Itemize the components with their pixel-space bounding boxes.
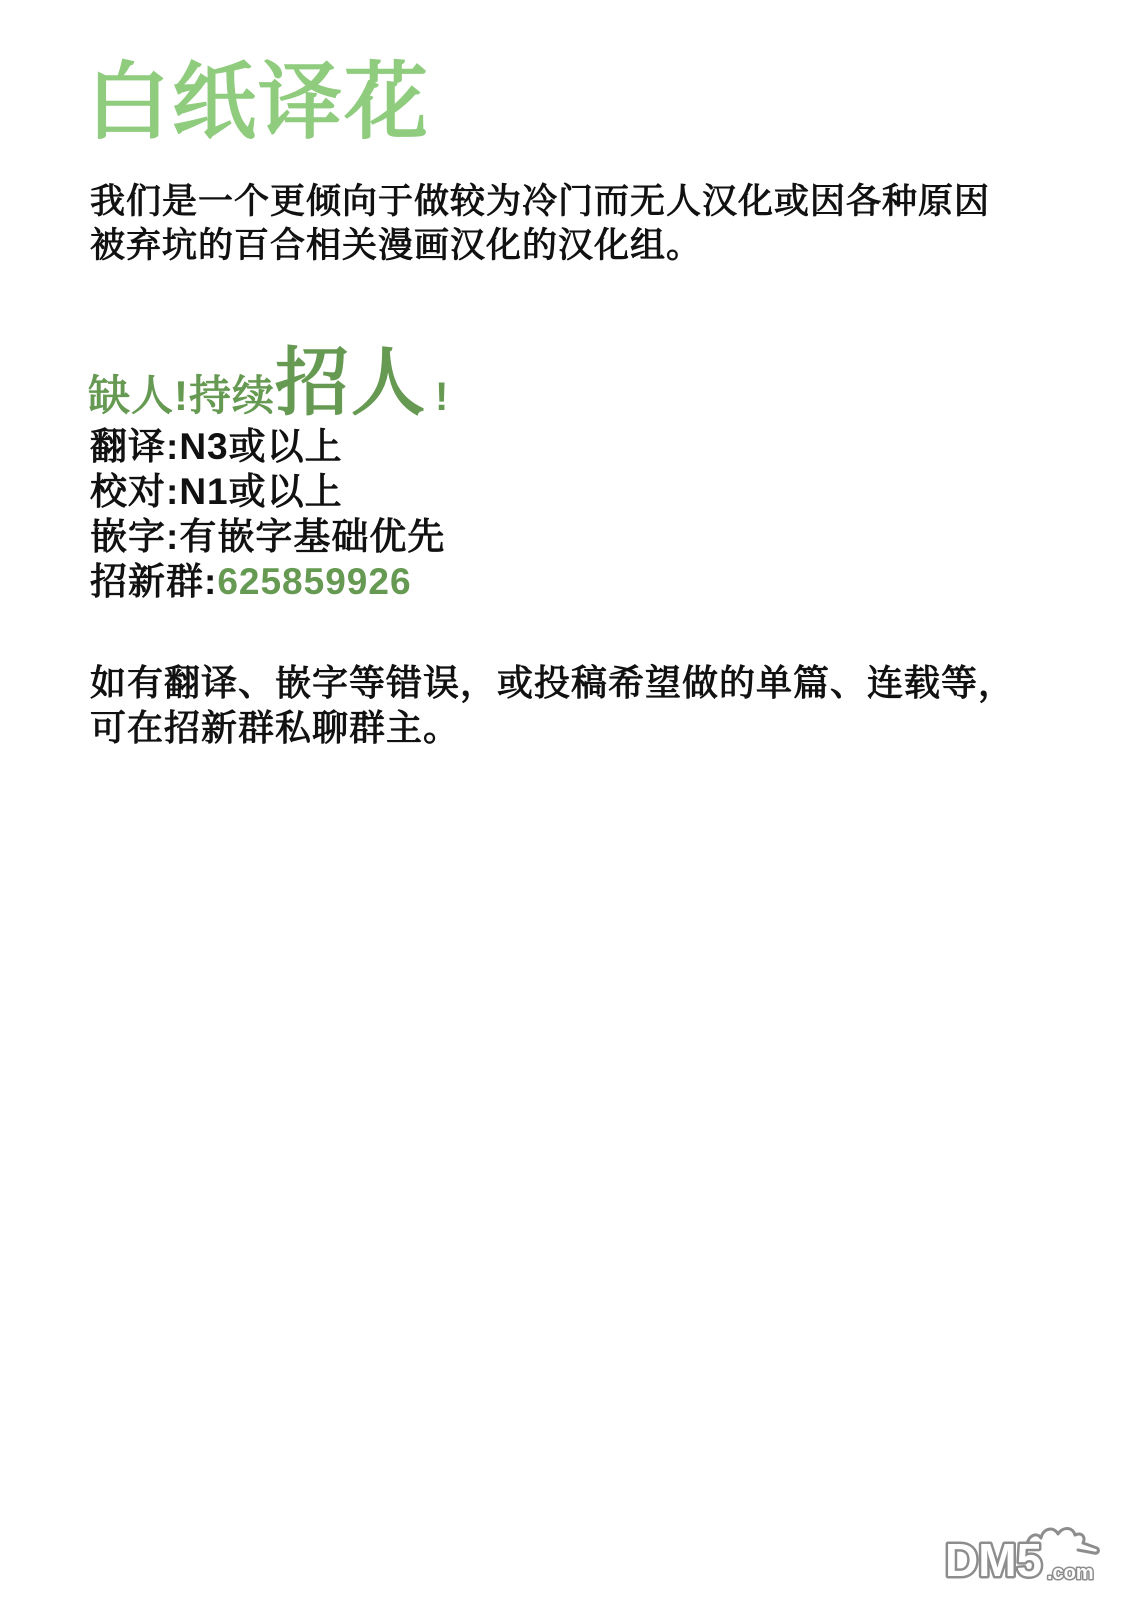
watermark-brand: DM5	[945, 1534, 1042, 1586]
intro-text: 我们是一个更倾向于做较为冷门而无人汉化或因各种原因 被弃坑的百合相关漫画汉化的汉…	[90, 180, 990, 268]
requirement-typesetter: 嵌字:有嵌字基础优先	[90, 514, 445, 559]
recruit-group-number: 625859926	[217, 561, 411, 602]
recruit-group-line: 招新群:625859926	[90, 559, 445, 604]
recruit-heading: 缺人!持续 招人 !	[88, 346, 448, 420]
group-title: 白纸译花	[86, 56, 430, 148]
recruit-suffix: !	[435, 377, 448, 420]
recruit-requirements: 翻译:N3或以上 校对:N1或以上 嵌字:有嵌字基础优先 招新群:6258599…	[90, 424, 445, 604]
recruit-prefix: 缺人!持续	[88, 375, 275, 420]
requirement-proofreader: 校对:N1或以上	[90, 469, 445, 514]
dm5-watermark: DM5 .com	[943, 1524, 1113, 1588]
contact-note: 如有翻译、嵌字等错误，或投稿希望做的单篇、连载等， 可在招新群私聊群主。	[90, 660, 1015, 750]
scanlation-credit-page: 白纸译花 我们是一个更倾向于做较为冷门而无人汉化或因各种原因 被弃坑的百合相关漫…	[0, 0, 1125, 1600]
watermark-tld: .com	[1047, 1562, 1094, 1584]
dm5-watermark-logo: DM5 .com	[943, 1524, 1113, 1588]
recruit-group-label: 招新群:	[90, 561, 217, 602]
requirement-translator: 翻译:N3或以上	[90, 424, 445, 469]
recruit-emphasis: 招人	[275, 346, 427, 420]
